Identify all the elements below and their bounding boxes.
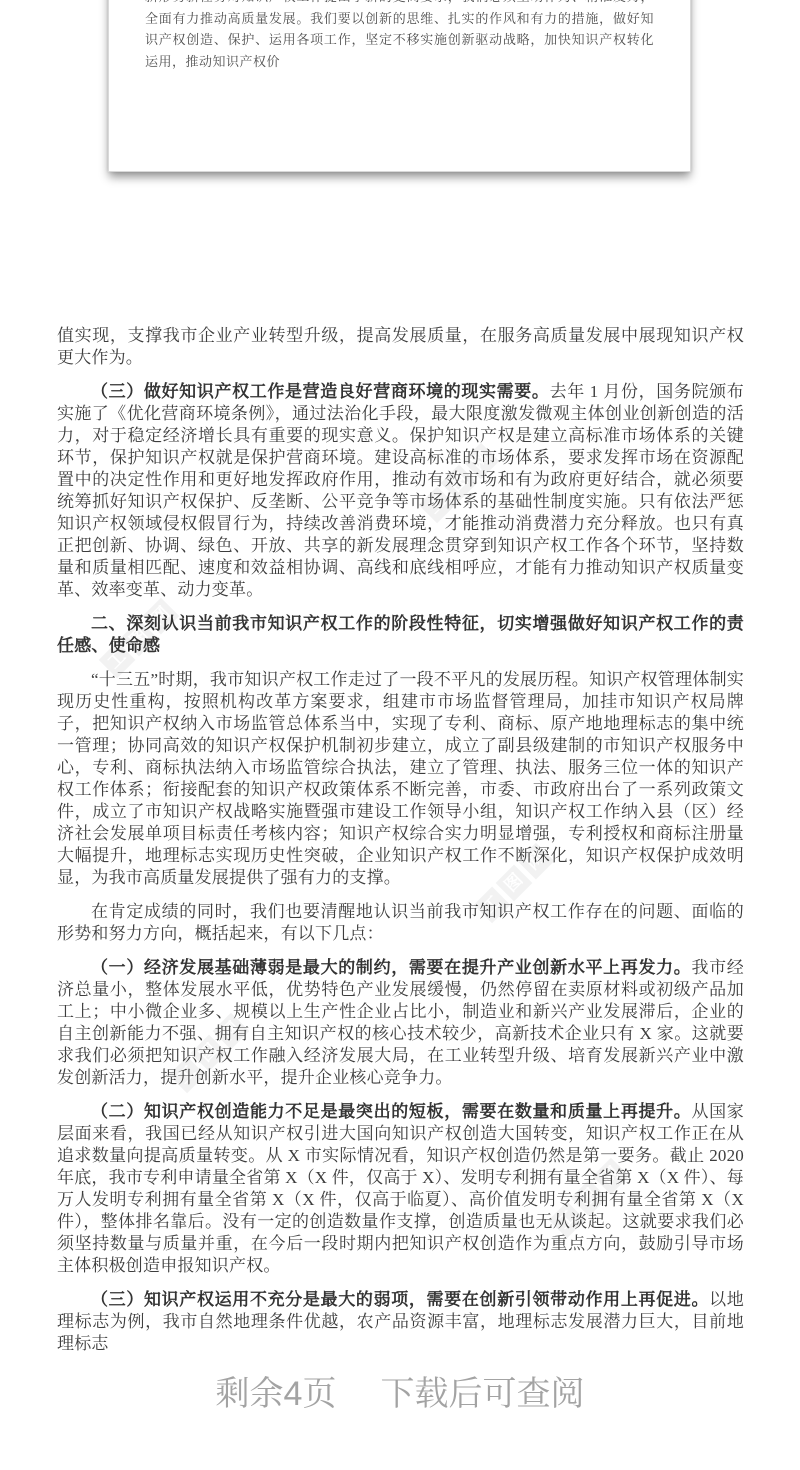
- body-paragraph-13th-fiveyear: “十三五”时期，我市知识产权工作走过了一段不平凡的发展历程。知识产权管理体制实现…: [57, 669, 744, 889]
- body-paragraph-problems-intro: 在肯定成绩的同时，我们也要清醒地认识当前我市知识产权工作存在的问题、面临的形势和…: [57, 901, 744, 945]
- download-hint-label: 下载后可查阅: [380, 1375, 584, 1413]
- paragraph-text: 在肯定成绩的同时，我们也要清醒地认识当前我市知识产权工作存在的问题、面临的形势和…: [57, 902, 744, 943]
- paragraph-lead: （三）做好知识产权工作是营造良好营商环境的现实需要。: [91, 382, 550, 401]
- paragraph-text: 从国家层面来看，我国已经从知识产权引进大国向知识产权创造大国转变，知识产权工作正…: [57, 1102, 744, 1275]
- page1-preview-text: 新形势新任务对知识产权工作提出了新的更高要求，我们必须主动作为、精准发力，全面有…: [145, 0, 654, 72]
- body-paragraph-point1-economy: （一）经济发展基础薄弱是最大的制约，需要在提升产业创新水平上再发力。我市经济总量…: [57, 957, 744, 1089]
- paragraph-text: “十三五”时期，我市知识产权工作走过了一段不平凡的发展历程。知识产权管理体制实现…: [57, 670, 744, 887]
- document-body: 值实现，支撑我市企业产业转型升级，提高发展质量，在服务高质量发展中展现知识产权更…: [57, 325, 744, 1367]
- paragraph-lead: 二、深刻认识当前我市知识产权工作的阶段性特征，切实增强做好知识产权工作的责任感、…: [57, 614, 744, 655]
- paragraph-lead: （一）经济发展基础薄弱是最大的制约，需要在提升产业创新水平上再发力。: [91, 958, 691, 977]
- paragraph-text: 值实现，支撑我市企业产业转型升级，提高发展质量，在服务高质量发展中展现知识产权更…: [57, 326, 744, 367]
- paragraph-text: 我市经济总量小，整体发展水平低，优势特色产业发展缓慢，仍然停留在卖原材料或初级产…: [57, 958, 744, 1087]
- body-paragraph-point3-env: （三）做好知识产权工作是营造良好营商环境的现实需要。去年 1 月份，国务院颁布实…: [57, 381, 744, 601]
- page1-preview-card: 新形势新任务对知识产权工作提出了新的更高要求，我们必须主动作为、精准发力，全面有…: [108, 0, 691, 172]
- paragraph-lead: （三）知识产权运用不充分是最大的弱项，需要在创新引领带动作用上再促进。: [91, 1290, 709, 1309]
- paragraph-text: 去年 1 月份，国务院颁布实施了《优化营商环境条例》，通过法治化手段，最大限度激…: [57, 382, 744, 599]
- section2-heading: 二、深刻认识当前我市知识产权工作的阶段性特征，切实增强做好知识产权工作的责任感、…: [57, 613, 744, 657]
- body-paragraph-continuation: 值实现，支撑我市企业产业转型升级，提高发展质量，在服务高质量发展中展现知识产权更…: [57, 325, 744, 369]
- footer-note: 剩余4页下载后可查阅: [0, 1366, 800, 1415]
- paragraph-lead: （二）知识产权创造能力不足是最突出的短板，需要在数量和质量上再提升。: [91, 1102, 691, 1121]
- page1-visible-text: 有力推动高质量发展。我们要以创新的思维、扎实的作风和有力的措施，做好知识产权创造…: [145, 11, 654, 69]
- body-paragraph-point2-creation: （二）知识产权创造能力不足是最突出的短板，需要在数量和质量上再提升。从国家层面来…: [57, 1101, 744, 1277]
- remaining-pages-label: 剩余4页: [216, 1375, 337, 1413]
- body-paragraph-point3-usage: （三）知识产权运用不充分是最大的弱项，需要在创新引领带动作用上再促进。以地理标志…: [57, 1289, 744, 1355]
